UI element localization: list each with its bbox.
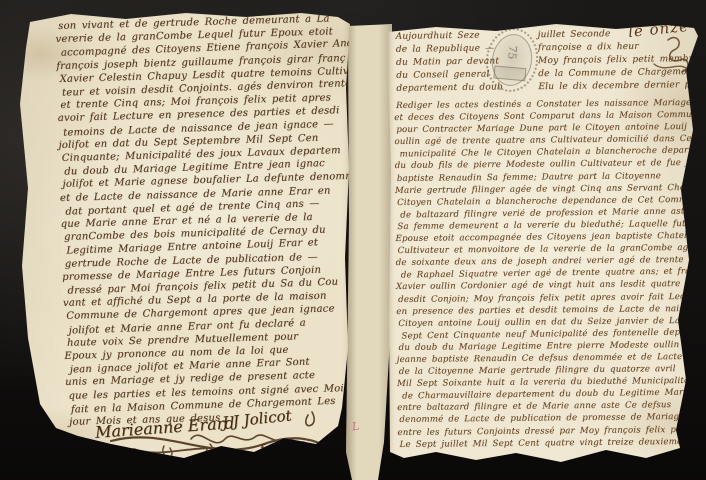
stamp-banner xyxy=(493,65,526,81)
handwritten-line: Elu le dix decembre dernier pour xyxy=(538,79,706,94)
signature-initials: fxl C xyxy=(37,439,80,462)
stamp-value: 75 xyxy=(505,45,519,60)
manuscript-page-right: Aujourdhuit Sezede la Republique —du Mat… xyxy=(386,20,706,466)
signature-girard: f. girard xyxy=(260,439,306,455)
manuscript-page-left: son vivant et de gertrude Roche demeuran… xyxy=(16,8,352,468)
scan-background: L son vivant et de gertrude Roche demeur… xyxy=(0,0,706,480)
fold-mark: L xyxy=(351,420,360,434)
binding-fold-strip: L xyxy=(344,22,394,480)
revenue-stamp-icon: 75 xyxy=(481,24,542,95)
right-page-header-right: juillet Secondefrançoise a dix heurMoy f… xyxy=(538,27,706,94)
right-page-text: Rediger les actes destinés a Constater l… xyxy=(396,97,706,451)
left-page-text: son vivant et de gertrude Roche demeuran… xyxy=(58,12,363,429)
